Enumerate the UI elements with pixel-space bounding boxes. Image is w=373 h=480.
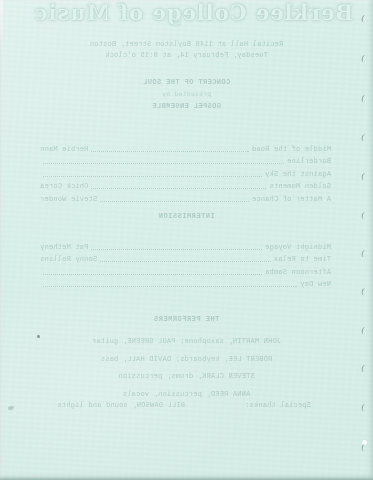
piece-title: Midnight Voyage bbox=[265, 244, 331, 252]
page-edge-highlight bbox=[0, 0, 3, 60]
performers-block: JOHN MARTIN, saxophone; PAUL GREENE, gui… bbox=[0, 334, 373, 404]
piece-title: Borderline bbox=[287, 158, 331, 166]
piece-title: Afternoon Samba bbox=[265, 269, 331, 277]
piece-title: New Day bbox=[300, 281, 331, 289]
performers-line: STEVEN CLARK, drums, percussion bbox=[0, 369, 373, 387]
program-row: Golden Moments Chick Corea bbox=[40, 179, 331, 192]
concert-title-line-2: presented by bbox=[0, 89, 373, 101]
binding-hole-mark: ( bbox=[360, 54, 366, 64]
program-row: A Matter of Chance Stevie Wonder bbox=[40, 191, 331, 204]
piece-title: Against the Sky bbox=[265, 171, 331, 179]
credit-line: Special thanks: BILL DAWSON, sound and l… bbox=[30, 402, 311, 410]
binding-hole-mark: ( bbox=[360, 133, 366, 143]
binding-hole-mark: ( bbox=[360, 403, 366, 413]
venue-line-1: Recital Hall at 1140 Boylston Street, Bo… bbox=[0, 40, 373, 51]
piece-title: A Matter of Chance bbox=[252, 196, 331, 204]
concert-title-line-3: GOSPEL ENSEMBLE bbox=[0, 101, 373, 113]
program-list-2: Midnight Voyage Pat Metheny Time to Rela… bbox=[40, 239, 331, 289]
composer-name: Herbie Mann bbox=[40, 146, 88, 154]
binding-hole-mark: ( bbox=[360, 94, 366, 104]
dotted-leader bbox=[100, 261, 271, 262]
performers-heading: THE PERFORMERS bbox=[0, 316, 373, 324]
concert-title-line-1: CONCERT OF THE SOUL bbox=[0, 77, 373, 89]
credit-label: Special thanks: bbox=[185, 402, 311, 410]
dotted-leader bbox=[100, 201, 249, 202]
piece-title: Time to Relax bbox=[274, 256, 331, 264]
program-row: Borderline bbox=[40, 154, 331, 167]
piece-title: Golden Moments bbox=[269, 183, 331, 191]
performers-line: JOHN MARTIN, saxophone; PAUL GREENE, gui… bbox=[0, 334, 373, 352]
binding-hole-mark: ( bbox=[360, 287, 366, 297]
dotted-leader bbox=[91, 188, 266, 189]
program-row: Against the Sky bbox=[40, 166, 331, 179]
binding-hole-mark: ( bbox=[360, 364, 366, 374]
piece-title: Middle of the Road bbox=[252, 146, 331, 154]
composer-name: Stevie Wonder bbox=[40, 196, 97, 204]
intermission-heading: INTERMISSION bbox=[0, 213, 373, 221]
dotted-leader bbox=[43, 163, 284, 164]
dotted-leader bbox=[43, 274, 262, 275]
composer-name: Sonny Rollins bbox=[40, 256, 97, 264]
dotted-leader bbox=[43, 286, 297, 287]
performers-line: ROBERT LEE, keyboards; DAVID HALL, bass bbox=[0, 352, 373, 370]
bleed-through-layer: Berklee College of Music Recital Hall at… bbox=[0, 0, 373, 480]
program-row: Time to Relax Sonny Rollins bbox=[40, 252, 331, 265]
credit-names: BILL DAWSON, sound and lights bbox=[57, 402, 185, 410]
venue-line-2: Tuesday, February 14, at 8:15 o'clock bbox=[0, 51, 373, 62]
ink-speck bbox=[37, 335, 40, 338]
composer-name: Chick Corea bbox=[40, 183, 88, 191]
scanned-program-page: Berklee College of Music Recital Hall at… bbox=[0, 0, 373, 480]
binding-hole-mark: ( bbox=[360, 172, 366, 182]
binding-hole-mark: ( bbox=[360, 211, 366, 221]
venue-block: Recital Hall at 1140 Boylston Street, Bo… bbox=[0, 40, 373, 62]
paper-flaw-dot bbox=[362, 440, 367, 445]
composer-name: Pat Metheny bbox=[40, 244, 88, 252]
program-row: Middle of the Road Herbie Mann bbox=[40, 141, 331, 154]
binding-hole-mark: ( bbox=[360, 249, 366, 259]
binding-marks-column: ( ( ( ( ( ( ( ( ( ( ( ( bbox=[353, 0, 373, 480]
binding-hole-mark: ( bbox=[360, 326, 366, 336]
dotted-leader bbox=[43, 176, 262, 177]
dotted-leader bbox=[91, 151, 248, 152]
program-list-1: Middle of the Road Herbie Mann Borderlin… bbox=[40, 141, 331, 204]
binding-hole-mark: ( bbox=[360, 14, 366, 24]
concert-title-block: CONCERT OF THE SOUL presented by GOSPEL … bbox=[0, 77, 373, 113]
program-row: Afternoon Samba bbox=[40, 264, 331, 277]
program-row: Midnight Voyage Pat Metheny bbox=[40, 239, 331, 252]
masthead-title: Berklee College of Music bbox=[14, 0, 373, 25]
program-row: New Day bbox=[40, 277, 331, 290]
dotted-leader bbox=[91, 249, 262, 250]
